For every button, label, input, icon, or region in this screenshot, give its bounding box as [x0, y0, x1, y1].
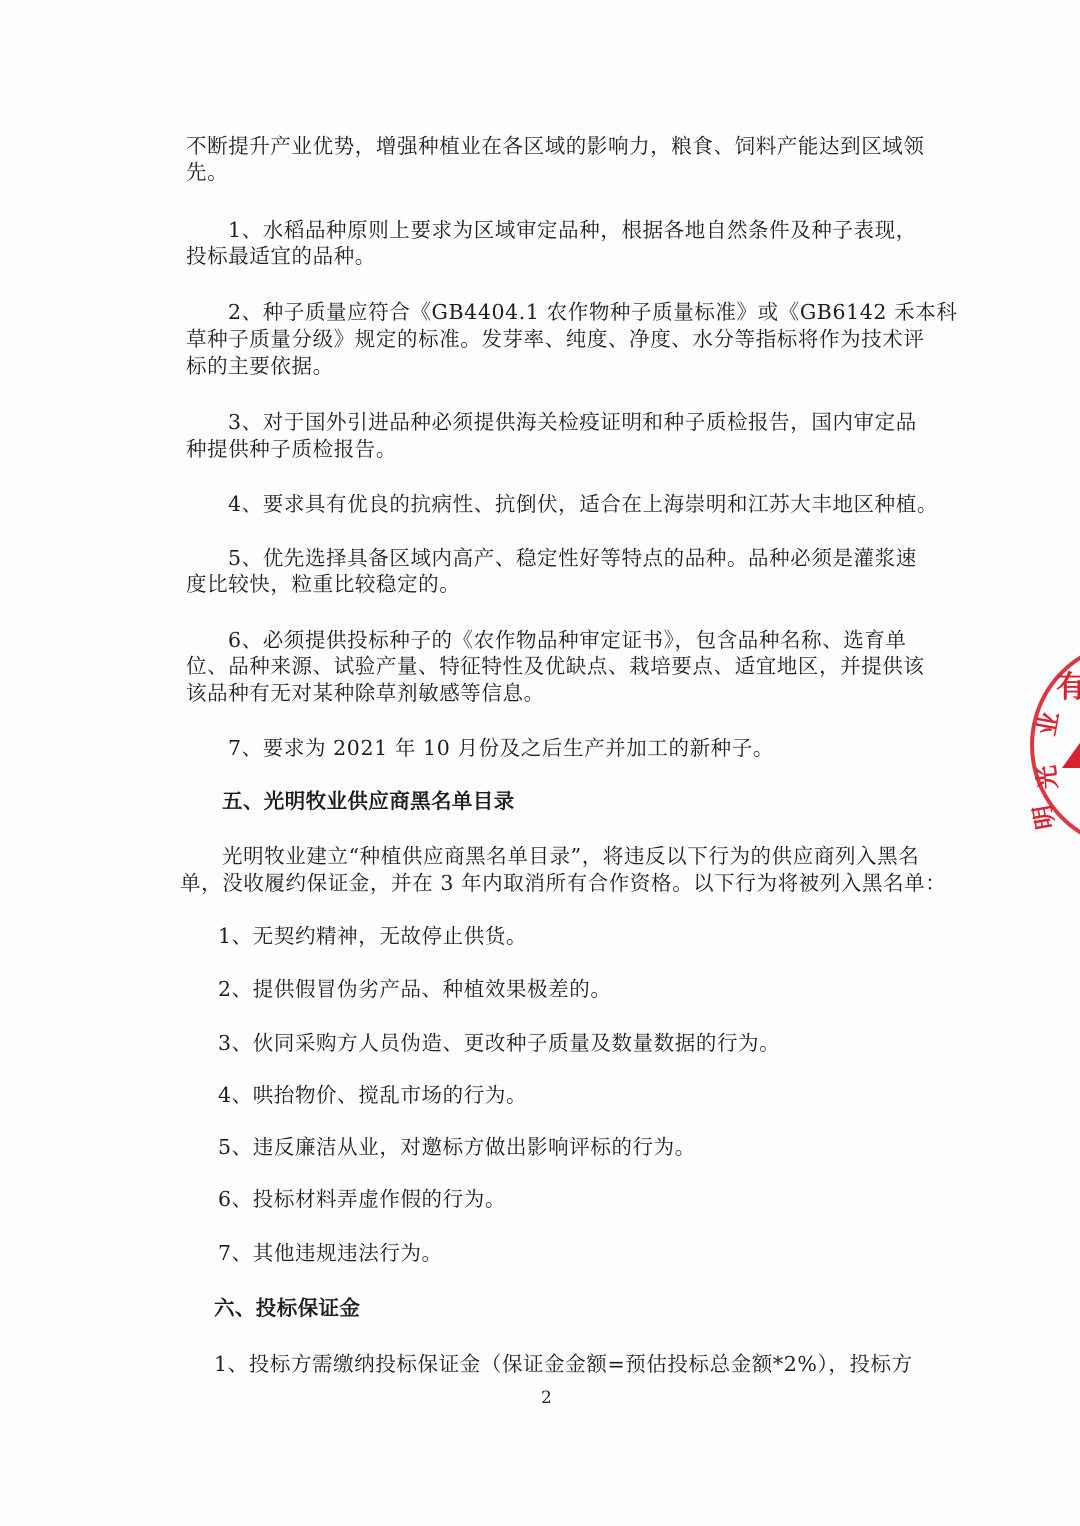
text-line: 7、要求为 2021 年 10 月份及之后生产并加工的新种子。 — [228, 734, 774, 762]
text-line: 1、投标方需缴纳投标保证金（保证金金额=预估投标总金额*2%），投标方 — [214, 1350, 913, 1378]
text-line: 度比较快，粒重比较稳定的。 — [186, 570, 460, 598]
text-line: 6、必须提供投标种子的《农作物品种审定证书》，包含品种名称、选育单 — [228, 626, 907, 654]
text-line: 6、投标材料弄虚作假的行为。 — [218, 1185, 506, 1213]
seal-char: 有 — [1056, 662, 1080, 706]
text-line: 投标最适宜的品种。 — [186, 242, 376, 270]
seal-char: 明 — [1023, 803, 1062, 833]
text-line: 位、品种来源、试验产量、特征特性及优缺点、栽培要点、适宜地区，并提供该 — [186, 652, 925, 680]
text-line: 7、其他违规违法行为。 — [218, 1239, 443, 1267]
text-line: 3、伙同采购方人员伪造、更改种子质量及数量数据的行为。 — [218, 1029, 780, 1057]
text-line: 4、哄抬物价、搅乱市场的行为。 — [218, 1081, 527, 1109]
text-line: 3、对于国外引进品种必须提供海关检疫证明和种子质检报告，国内审定品 — [228, 408, 917, 436]
text-line: 2、种子质量应符合《GB4404.1 农作物种子质量标准》或《GB6142 禾本… — [228, 298, 957, 326]
text-line: 5、违反廉洁从业，对邀标方做出影响评标的行为。 — [218, 1133, 696, 1161]
seal-star-icon — [1062, 740, 1080, 768]
text-line: 不断提升产业优势，增强种植业在各区域的影响力，粮食、饲料产能达到区域领 — [186, 132, 925, 160]
text-line: 种提供种子质检报告。 — [186, 435, 397, 463]
text-line: 4、要求具有优良的抗病性、抗倒伏，适合在上海崇明和江苏大丰地区种植。 — [228, 490, 938, 518]
text-line: 5、优先选择具备区域内高产、稳定性好等特点的品种。品种必须是灌浆速 — [228, 544, 917, 572]
text-line: 单，没收履约保证金，并在 3 年内取消所有合作资格。以下行为将被列入黑名单： — [180, 869, 946, 897]
section-heading: 五、光明牧业供应商黑名单目录 — [222, 787, 515, 815]
text-line: 1、无契约精神，无故停止供货。 — [218, 922, 527, 950]
text-line: 该品种有无对某种除草剂敏感等信息。 — [186, 679, 545, 707]
text-line: 2、提供假冒伪劣产品、种植效果极差的。 — [218, 975, 611, 1003]
text-line: 先。 — [186, 158, 228, 186]
document-page: 不断提升产业优势，增强种植业在各区域的影响力，粮食、饲料产能达到区域领先。1、水… — [0, 0, 1080, 1526]
section-heading: 六、投标保证金 — [214, 1294, 360, 1322]
text-line: 标的主要依据。 — [186, 352, 334, 380]
text-line: 草种子质量分级》规定的标准。发芽率、纯度、净度、水分等指标将作为技术评 — [186, 325, 925, 353]
text-line: 光明牧业建立“种植供应商黑名单目录”，将违反以下行为的供应商列入黑名 — [222, 842, 919, 870]
text-line: 1、水稻品种原则上要求为区域审定品种，根据各地自然条件及种子表现， — [228, 216, 917, 244]
page-number: 2 — [541, 1388, 552, 1408]
seal-char: 光 — [1027, 764, 1064, 791]
